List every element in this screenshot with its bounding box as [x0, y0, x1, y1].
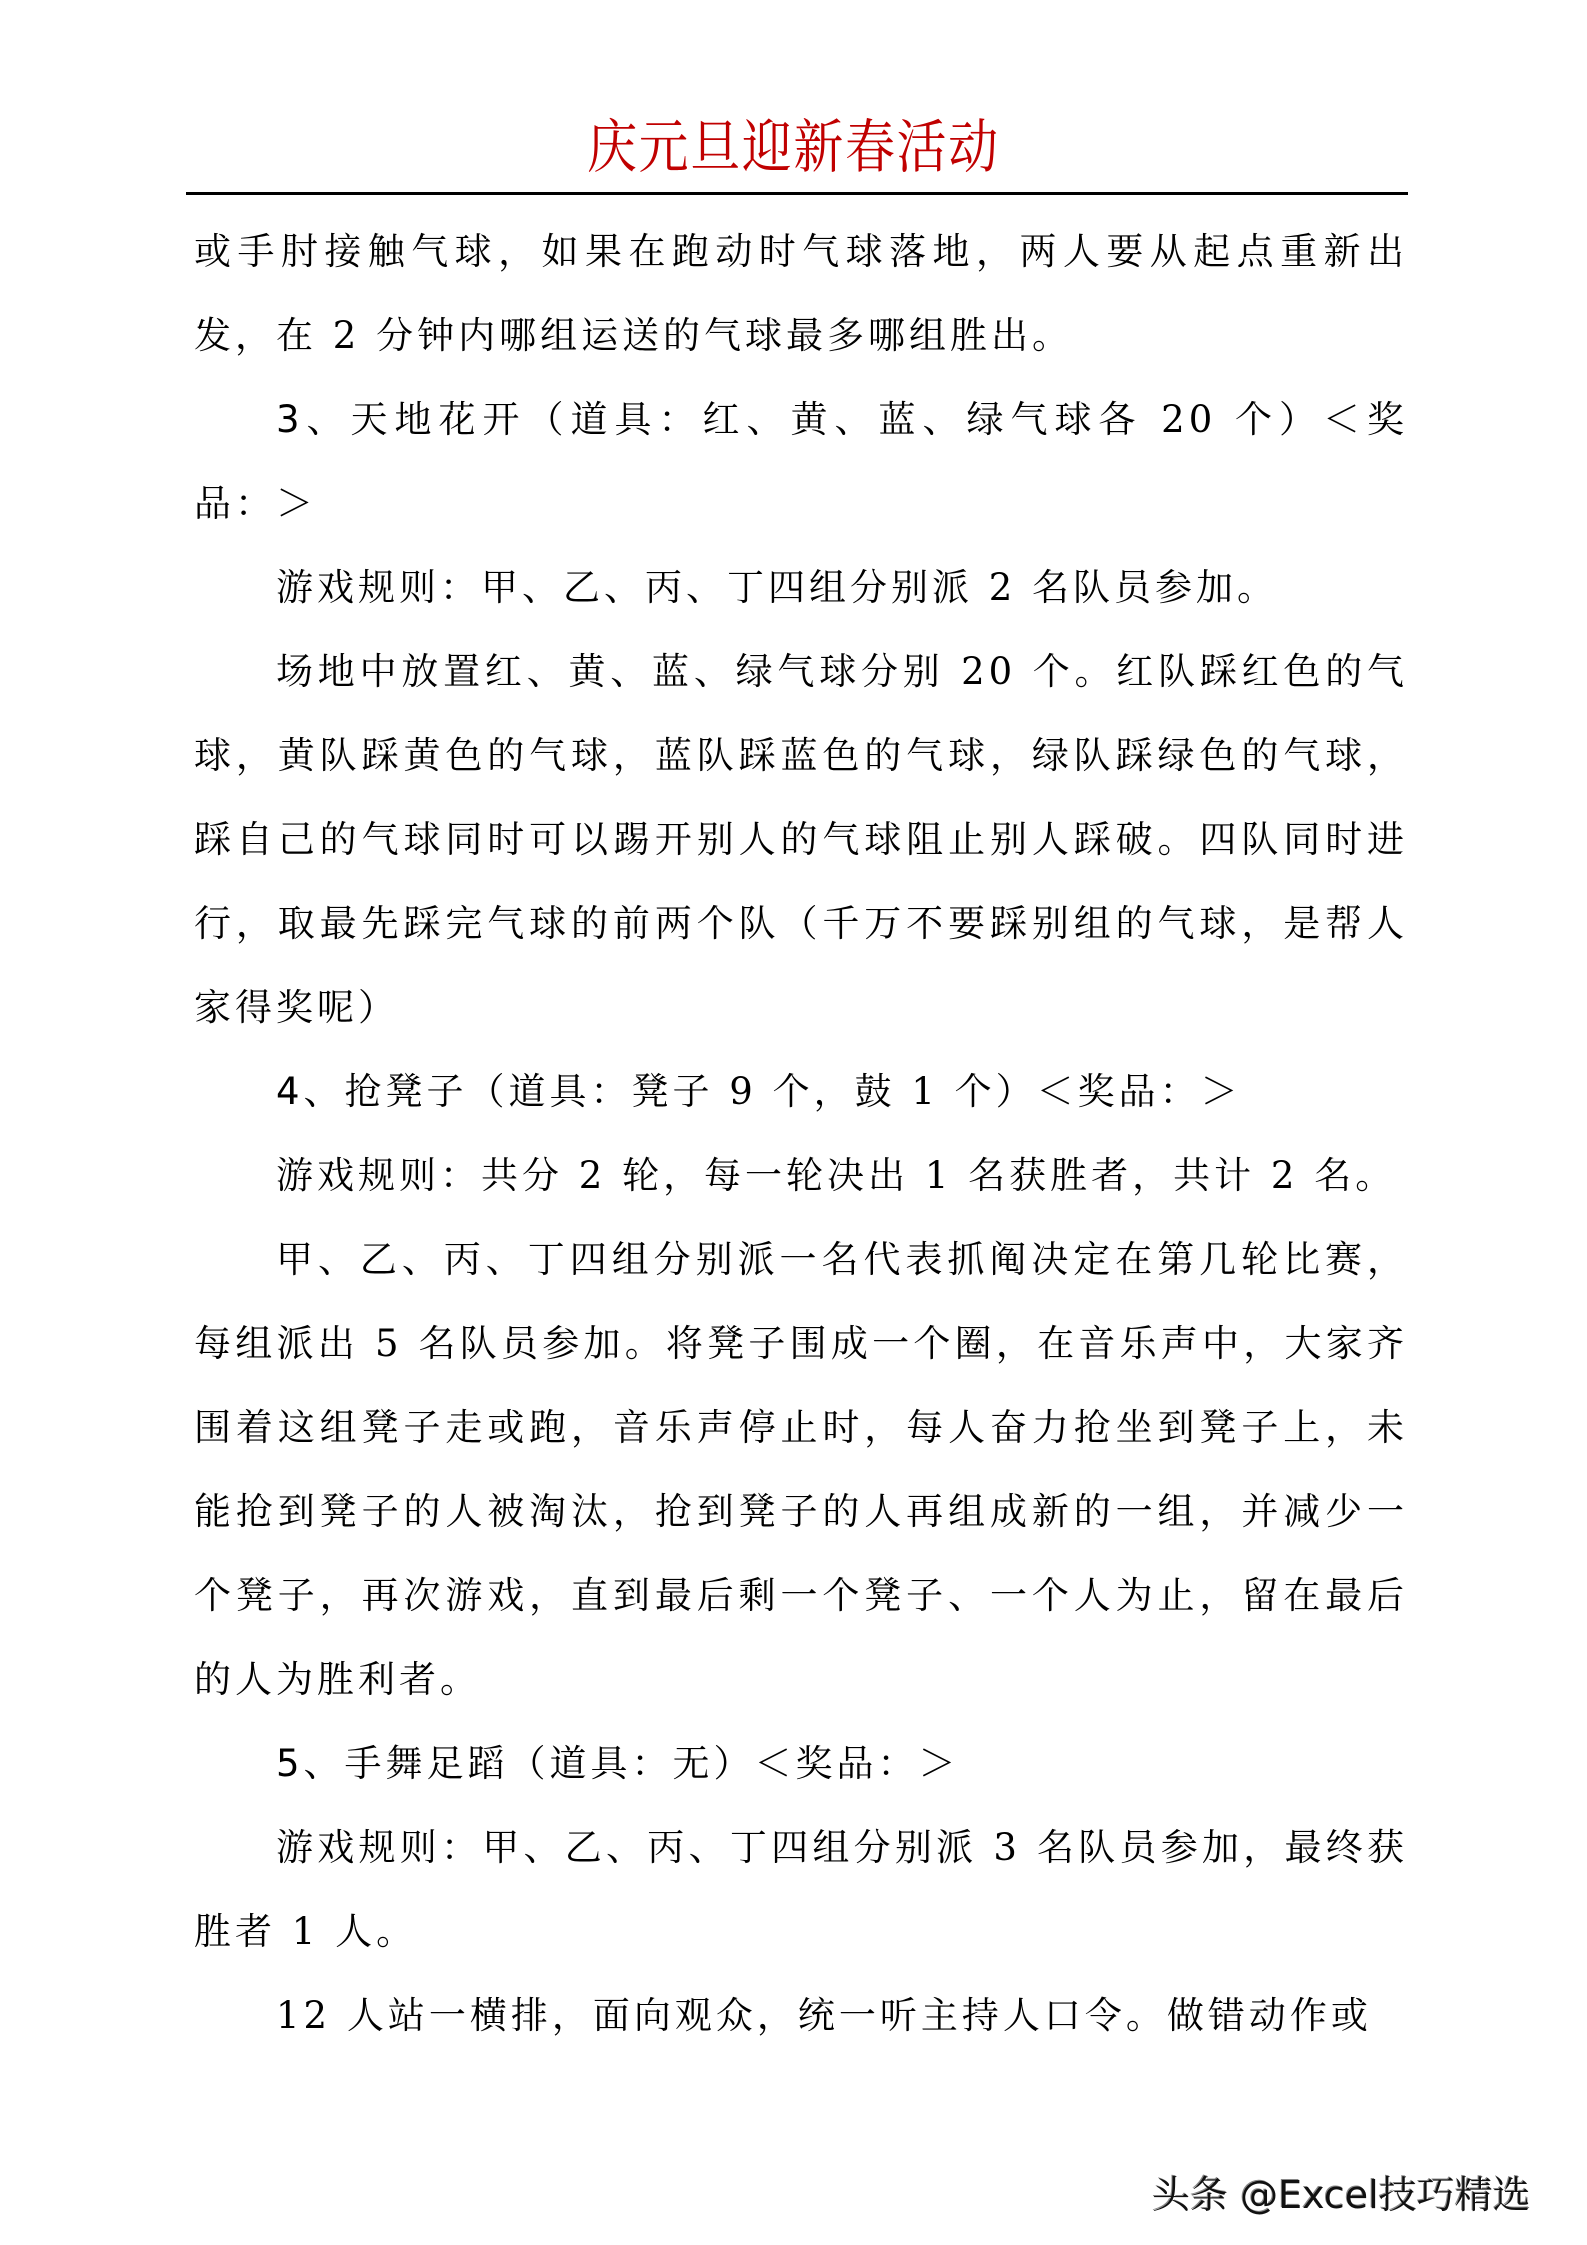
paragraph: 游戏规则：共分 2 轮，每一轮决出 1 名获胜者，共计 2 名。: [194, 1134, 1408, 1218]
game-props: （道具：凳子 9 个，鼓 1 个）＜奖品：＞: [468, 1070, 1242, 1113]
game-title: 4、抢凳子: [276, 1070, 468, 1113]
game-title: 5、手舞足蹈: [276, 1742, 509, 1785]
document-body: 或手肘接触气球，如果在跑动时气球落地，两人要从起点重新出发，在 2 分钟内哪组运…: [194, 210, 1408, 2058]
paragraph: 场地中放置红、黄、蓝、绿气球分别 20 个。红队踩红色的气球，黄队踩黄色的气球，…: [194, 630, 1408, 1050]
page-title: 庆元旦迎新春活动: [111, 112, 1476, 182]
game-5-heading: 5、手舞足蹈（道具：无）＜奖品：＞: [194, 1722, 1408, 1806]
paragraph: 12 人站一横排，面向观众，统一听主持人口令。做错动作或: [194, 1974, 1408, 2058]
game-props: （道具：无）＜奖品：＞: [509, 1742, 960, 1785]
paragraph: 游戏规则：甲、乙、丙、丁四组分别派 2 名队员参加。: [194, 546, 1408, 630]
game-3-heading: 3、天地花开（道具：红、黄、蓝、绿气球各 20 个）＜奖品：＞: [194, 378, 1408, 546]
paragraph: 游戏规则：甲、乙、丙、丁四组分别派 3 名队员参加，最终获胜者 1 人。: [194, 1806, 1408, 1974]
watermark: 头条 @Excel技巧精选: [1152, 2170, 1531, 2220]
title-divider: [186, 192, 1408, 195]
game-title: 3、天地花开: [276, 398, 527, 441]
game-4-heading: 4、抢凳子（道具：凳子 9 个，鼓 1 个）＜奖品：＞: [194, 1050, 1408, 1134]
paragraph: 或手肘接触气球，如果在跑动时气球落地，两人要从起点重新出发，在 2 分钟内哪组运…: [194, 210, 1408, 378]
paragraph: 甲、乙、丙、丁四组分别派一名代表抓阄决定在第几轮比赛，每组派出 5 名队员参加。…: [194, 1218, 1408, 1722]
